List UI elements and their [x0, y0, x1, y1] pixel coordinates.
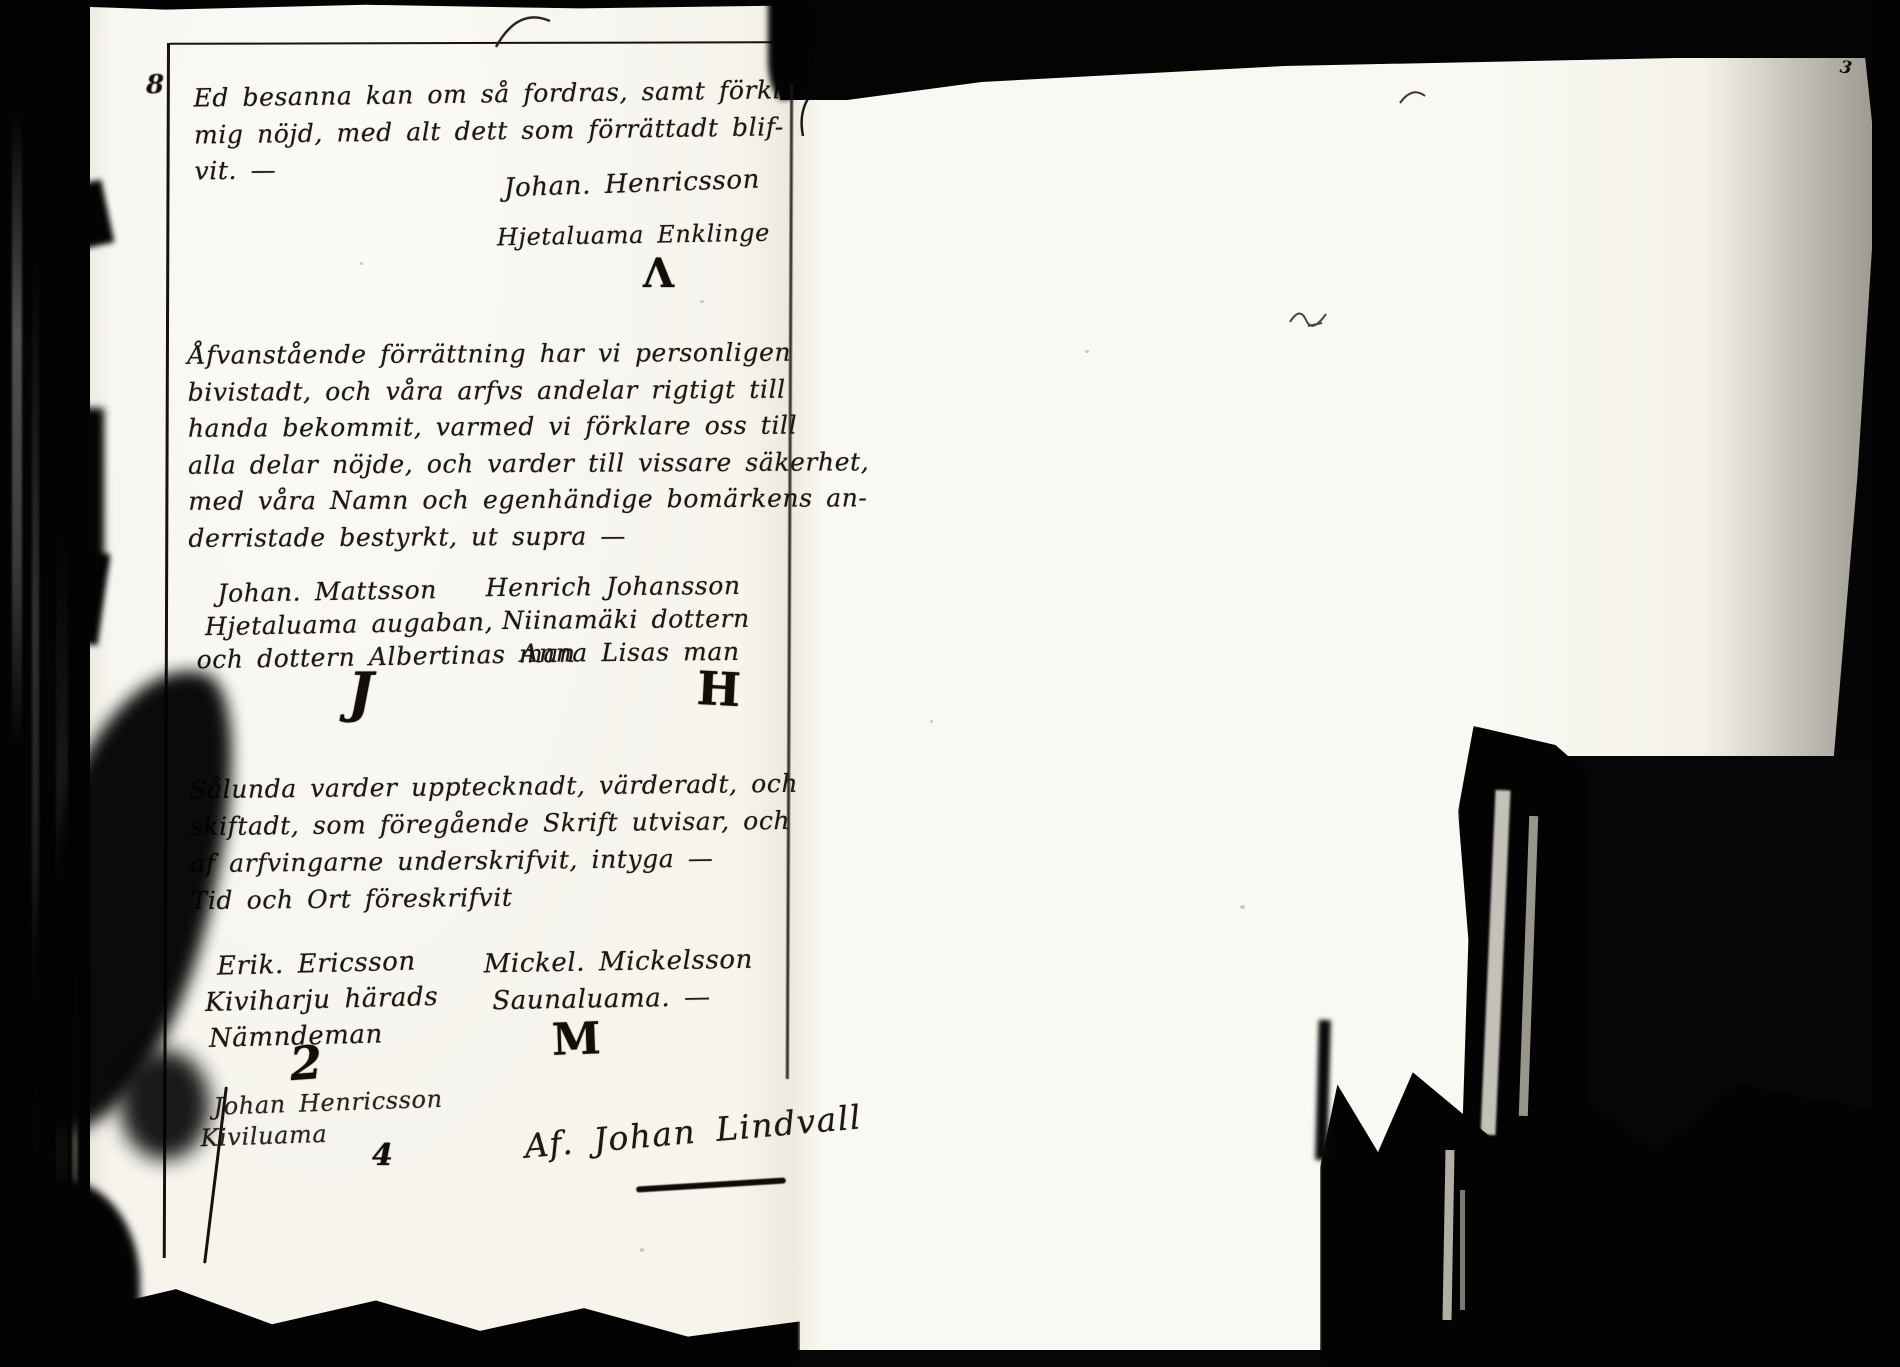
text-line: Sålunda varder upptecknadt, värderadt, o… [189, 765, 798, 808]
text-line: handa bekommit, varmed vi förklare oss t… [188, 407, 869, 447]
text-line: alla delar nöjde, och varder till vissar… [188, 444, 869, 484]
text-line: af arfvingarne underskrifvit, intyga — [190, 839, 799, 882]
film-corner-bottom-right [1320, 1060, 1900, 1367]
page-edge-streak [1460, 1190, 1465, 1310]
film-right-fade [1700, 56, 1875, 756]
film-band-far-right [1872, 0, 1900, 1367]
widower-signature-place: Hjetaluama Enklinge [497, 217, 771, 255]
witness-right-house-mark: M [551, 1013, 601, 1066]
text-line: med våra Namn och egenhändige bomärkens … [188, 480, 869, 520]
text-line: derristade bestyrkt, ut supra — [188, 517, 869, 557]
microfilm-scan: 8 Ed besanna kan om så fordras, samt för… [0, 0, 1900, 1367]
text-line: Mickel. Mickelsson [483, 942, 753, 984]
dust-speck [360, 262, 363, 265]
text-line: skiftadt, som föregående Skrift utvisar,… [190, 802, 799, 845]
heir-left-house-mark: J [348, 660, 374, 724]
witness-left-house-mark: 2 [288, 1035, 324, 1091]
dust-speck [700, 300, 704, 303]
dust-speck [1085, 350, 1089, 353]
heir-right-house-mark: H [696, 661, 742, 717]
extra-signature: Johan Henricsson Kiviluama [199, 1084, 444, 1154]
heir-signature-right: Henrich Johansson Niinamäki dottern Anna… [486, 569, 751, 670]
text-line: Kiviharju härads [202, 979, 439, 1021]
ink-squiggle-mark [1286, 300, 1332, 336]
margin-ink-mark: 8 [146, 70, 164, 100]
dust-speck [640, 1248, 644, 1252]
heirs-paragraph: Åfvanstående förrättning har vi personli… [187, 334, 869, 557]
text-line: Erik. Ericsson [201, 943, 438, 985]
closing-paragraph: Sålunda varder upptecknadt, värderadt, o… [189, 765, 799, 919]
widower-house-mark: Λ [643, 250, 674, 297]
dust-speck [930, 720, 933, 723]
text-line: Niinamäki dottern [486, 602, 750, 637]
tiny-arc-mark [1398, 86, 1428, 108]
text-line: bivistadt, och våra arfvs andelar rigtig… [188, 371, 869, 411]
film-blot [80, 408, 104, 568]
text-line: Tid och Ort föreskrifvit [190, 876, 799, 919]
pen-flourish-mark [492, 5, 554, 51]
extra-signature-house-mark: 4 [372, 1138, 393, 1173]
dust-speck [1240, 905, 1245, 909]
witness-signature-right: Mickel. Mickelsson Saunaluama. — [483, 942, 754, 1021]
text-line: Åfvanstående förrättning har vi personli… [187, 334, 868, 374]
spine-shadow-blob [120, 1050, 210, 1160]
text-line: Henrich Johansson [486, 569, 750, 604]
film-scratch [12, 110, 22, 750]
text-line: Saunaluama. — [484, 979, 754, 1021]
